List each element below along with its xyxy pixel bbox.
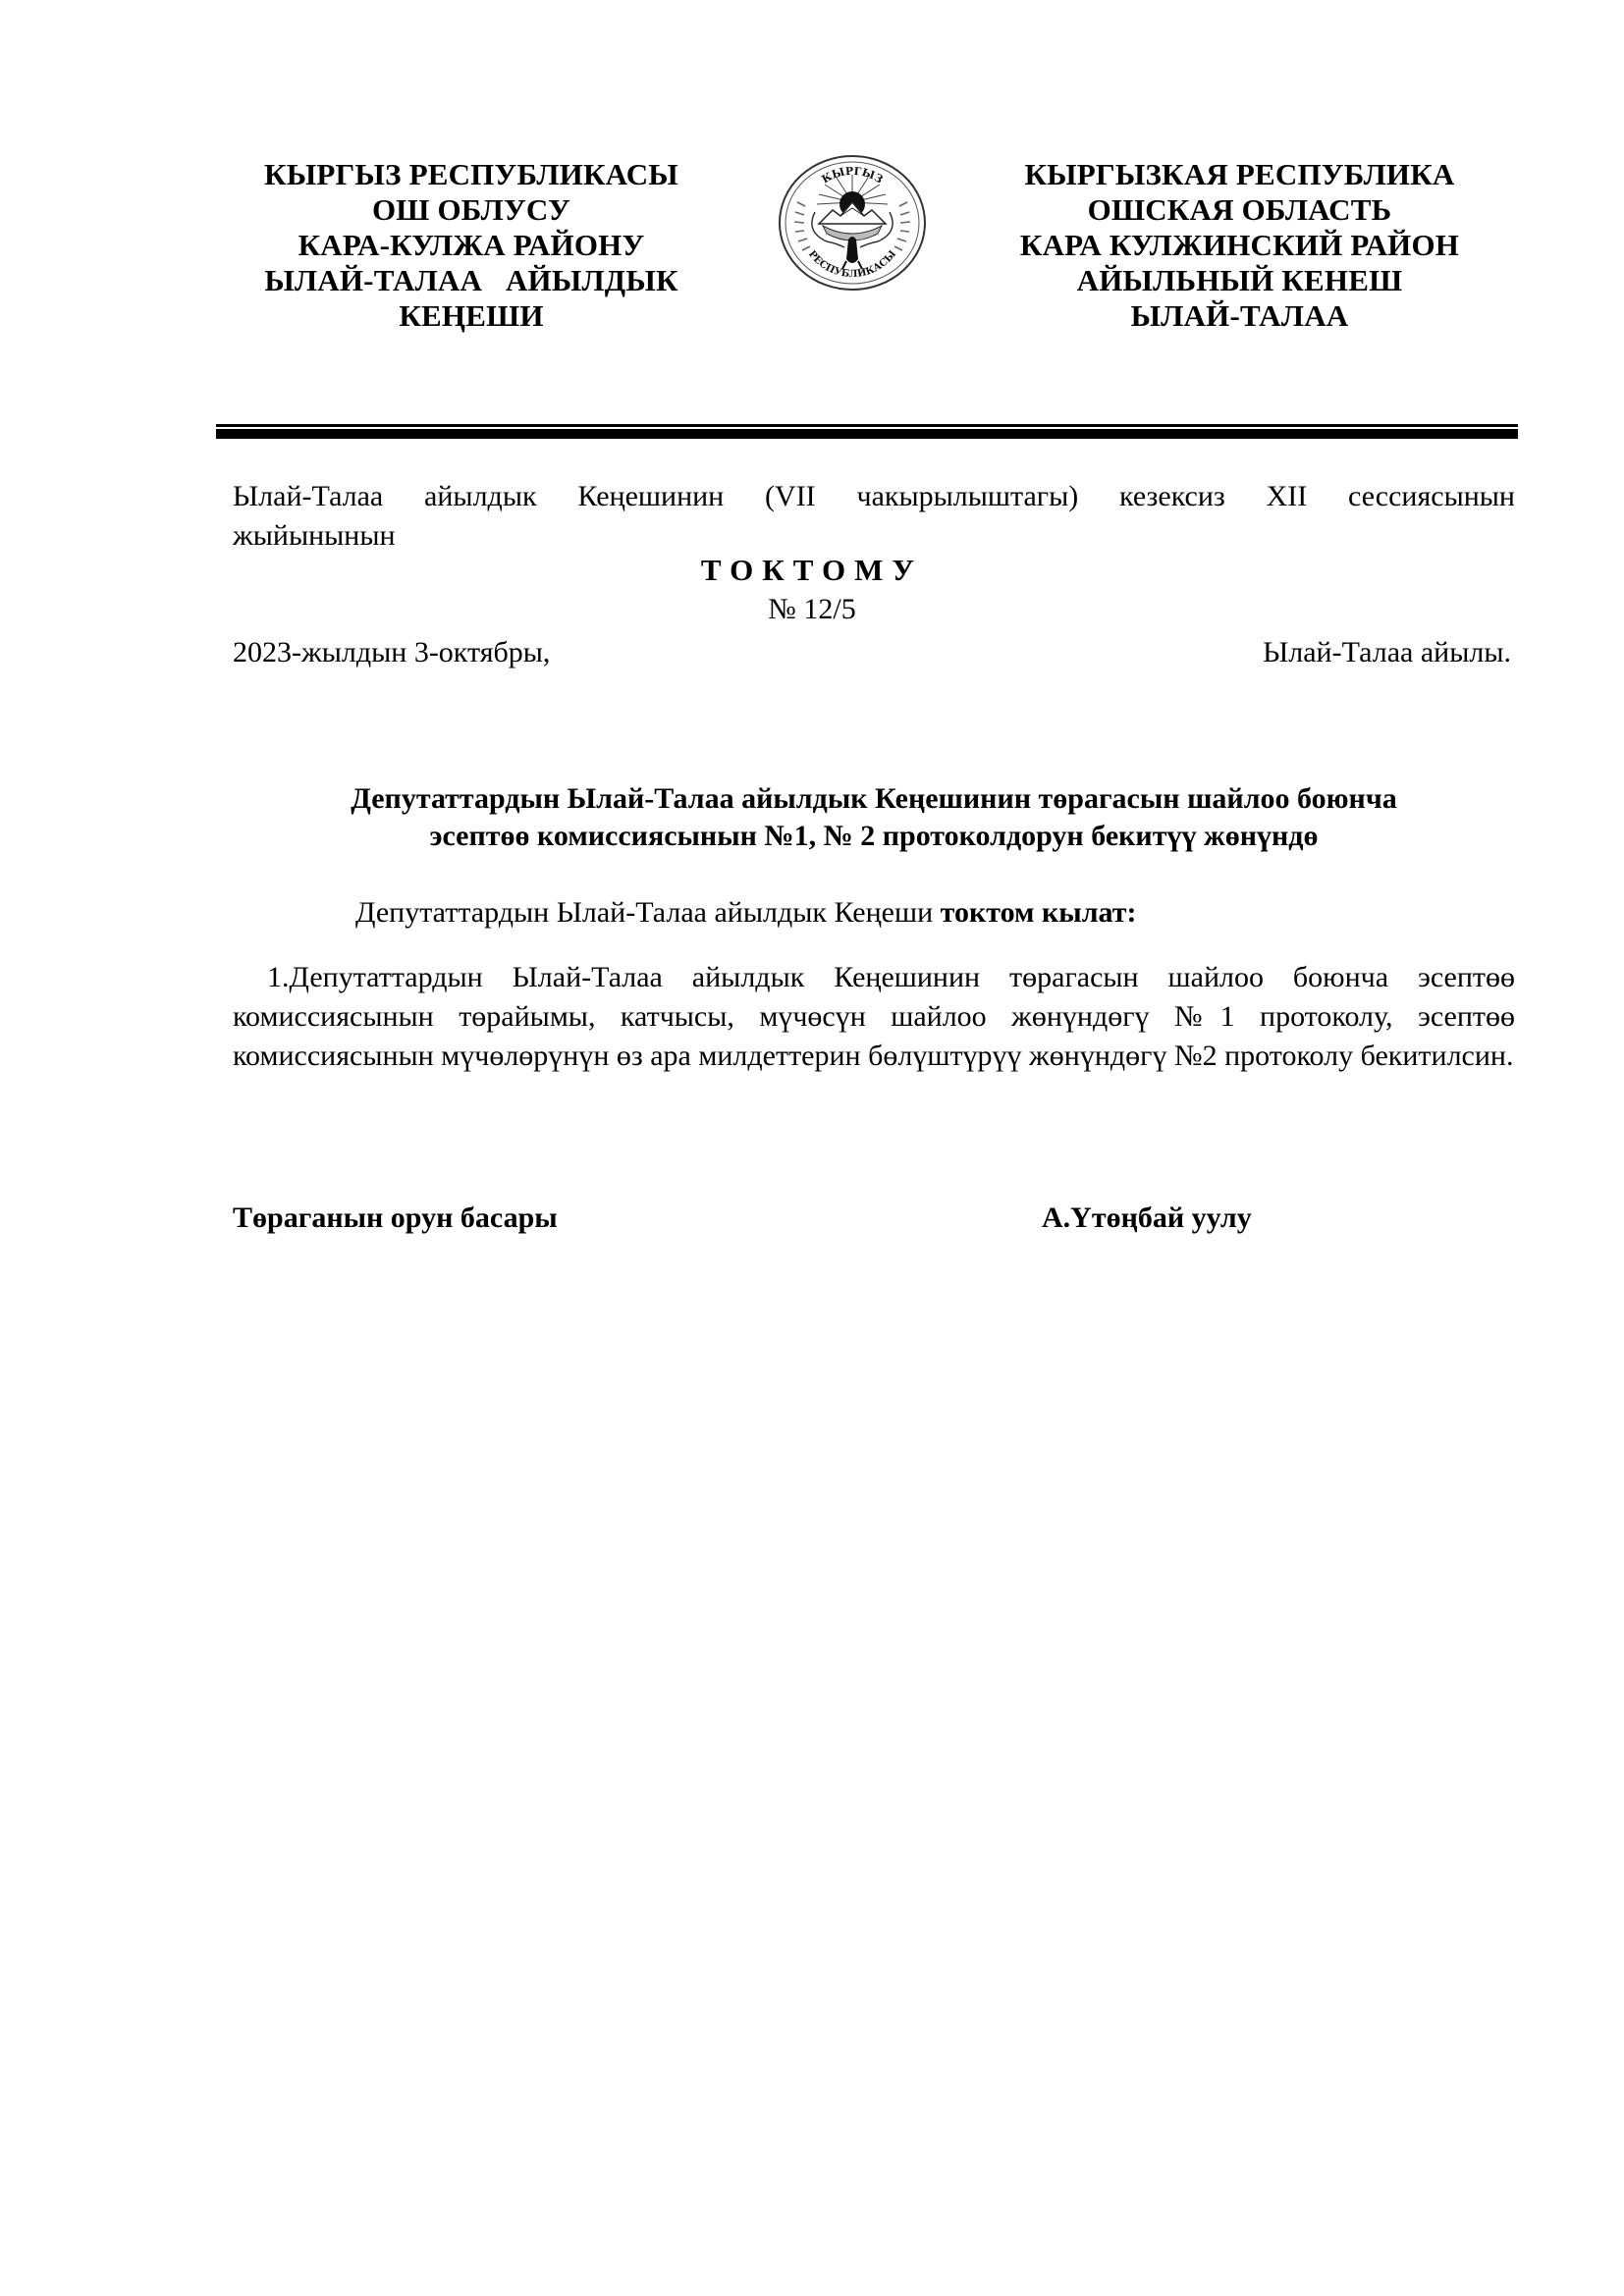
header-kyrgyz-line: ОШ ОБЛУСУ bbox=[196, 192, 746, 228]
header-russian-line: АЙЫЛЬНЫЙ КЕНЕШ bbox=[967, 263, 1512, 298]
subject-line: Депутаттардын Ылай-Талаа айылдык Кеңешин… bbox=[255, 780, 1492, 818]
header-russian-line: КЫРГЫЗКАЯ РЕСПУБЛИКА bbox=[967, 157, 1512, 192]
document-title: ТОКТОМУ bbox=[0, 551, 1624, 590]
signatory-name: А.Үтөңбай уулу bbox=[1042, 1199, 1252, 1238]
document-number: № 12/5 bbox=[0, 590, 1624, 629]
document-date: 2023-жылдын 3-октябры, bbox=[233, 633, 550, 672]
preamble-bold: токтом кылат: bbox=[941, 896, 1137, 929]
session-intro-line1: Ылай-Талаа айылдык Кеңешинин (VII чакыры… bbox=[233, 477, 1515, 516]
document-place: Ылай-Талаа айылы. bbox=[1263, 633, 1511, 672]
subject-line: эсептөө комиссиясынын №1, № 2 протоколдо… bbox=[255, 818, 1492, 855]
header-kyrgyz: КЫРГЫЗ РЕСПУБЛИКАСЫ ОШ ОБЛУСУ КАРА-КУЛЖА… bbox=[196, 157, 746, 334]
header-russian-line: ЫЛАЙ-ТАЛАА bbox=[967, 298, 1512, 334]
state-emblem-icon: КЫРГЫЗ РЕСПУБЛИКАСЫ bbox=[776, 153, 929, 293]
clause-1: 1.Депутаттардын Ылай-Талаа айылдык Кеңеш… bbox=[233, 958, 1515, 1076]
document-subject: Депутаттардын Ылай-Талаа айылдык Кеңешин… bbox=[255, 780, 1492, 855]
header-russian-line: ОШСКАЯ ОБЛАСТЬ bbox=[967, 192, 1512, 228]
header-kyrgyz-line: КАРА-КУЛЖА РАЙОНУ bbox=[196, 228, 746, 263]
preamble-text: Депутаттардын Ылай-Талаа айылдык Кеңеши bbox=[355, 896, 941, 929]
header-russian-line: КАРА КУЛЖИНСКИЙ РАЙОН bbox=[967, 228, 1512, 263]
header-kyrgyz-line: КЕҢЕШИ bbox=[196, 298, 746, 334]
header-kyrgyz-line: ЫЛАЙ-ТАЛАА АЙЫЛДЫК bbox=[196, 263, 746, 298]
header-divider-thin bbox=[216, 424, 1518, 427]
session-intro-line2: жыйынынын bbox=[233, 516, 396, 556]
preamble: Депутаттардын Ылай-Талаа айылдык Кеңеши … bbox=[355, 893, 1136, 933]
header-russian: КЫРГЫЗКАЯ РЕСПУБЛИКА ОШСКАЯ ОБЛАСТЬ КАРА… bbox=[967, 157, 1512, 334]
signatory-role: Төраганын орун басары bbox=[233, 1199, 558, 1238]
header-divider-thick bbox=[216, 429, 1518, 439]
header-kyrgyz-line: КЫРГЫЗ РЕСПУБЛИКАСЫ bbox=[196, 157, 746, 192]
document-page: КЫРГЫЗ РЕСПУБЛИКАСЫ ОШ ОБЛУСУ КАРА-КУЛЖА… bbox=[0, 0, 1624, 2296]
